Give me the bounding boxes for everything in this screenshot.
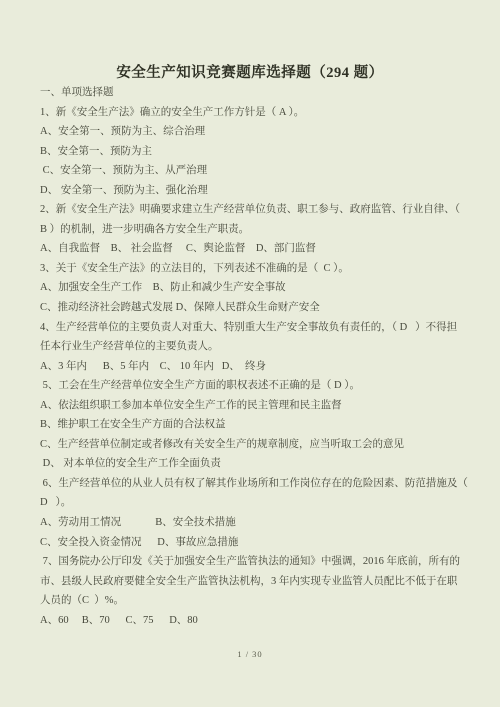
text-line: A、依法组织职工参加本单位安全生产工作的民主管理和民主监督: [40, 396, 472, 416]
text-line: D、 安全第一、预防为主、强化治理: [40, 181, 472, 201]
text-line: 任本行业生产经营单位的主要负责人。: [40, 337, 472, 357]
text-line: 7、国务院办公厅印发《关于加强安全生产监管执法的通知》中强调，2016 年底前，…: [40, 552, 472, 572]
text-line: B ）的机制，进一步明确各方安全生产职责。: [40, 220, 472, 240]
text-line: 1、新《安全生产法》确立的安全生产工作方针是（ A ）。: [40, 103, 472, 123]
text-line: A、3 年内 B、5 年内 C、 10 年内 D、 终身: [40, 357, 472, 377]
text-line: 市、县级人民政府要健全安全生产监管执法机构，3 年内实现专业监管人员配比不低于在…: [40, 572, 472, 592]
text-line: 5、工会在生产经营单位安全生产方面的职权表述不正确的是（ D ）。: [40, 376, 472, 396]
text-line: C、推动经济社会跨越式发展 D、保障人民群众生命财产安全: [40, 298, 472, 318]
text-line: 2、新《安全生产法》明确要求建立生产经营单位负责、职工参与、政府监管、行业自律、…: [40, 200, 472, 220]
text-line: 4、生产经营单位的主要负责人对重大、特别重大生产安全事故负有责任的，（ D ）不…: [40, 318, 472, 338]
text-line: A、60 B、70 C、75 D、80: [40, 611, 472, 631]
text-line: B、维护职工在安全生产方面的合法权益: [40, 415, 472, 435]
document-body: 一、单项选择题1、新《安全生产法》确立的安全生产工作方针是（ A ）。A、安全第…: [40, 83, 472, 630]
text-line: 人员的（C ）%。: [40, 591, 472, 611]
text-line: A、劳动用工情况 B、安全技术措施: [40, 513, 472, 533]
text-line: C、生产经营单位制定或者修改有关安全生产的规章制度，应当听取工会的意见: [40, 435, 472, 455]
text-line: A、安全第一、预防为主、综合治理: [40, 122, 472, 142]
text-line: C、安全投入资金情况 D、事故应急措施: [40, 533, 472, 553]
text-line: A、自我监督 B、 社会监督 C、舆论监督 D、部门监督: [40, 239, 472, 259]
text-line: D ）。: [40, 493, 472, 513]
document-title: 安全生产知识竞赛题库选择题（294 题）: [0, 61, 500, 82]
text-line: 3、关于《安全生产法》的立法目的，下列表述不准确的是（ C ）。: [40, 259, 472, 279]
text-line: C、安全第一、预防为主、从严治理: [40, 161, 472, 181]
text-line: 一、单项选择题: [40, 83, 472, 103]
document-page: 安全生产知识竞赛题库选择题（294 题） 一、单项选择题1、新《安全生产法》确立…: [0, 0, 500, 707]
text-line: D、 对本单位的安全生产工作全面负责: [40, 454, 472, 474]
text-line: 6、生产经营单位的从业人员有权了解其作业场所和工作岗位存在的危险因素、防范措施及…: [40, 474, 472, 494]
text-line: A、加强安全生产工作 B、防止和减少生产安全事故: [40, 278, 472, 298]
page-number: 1 / 30: [0, 649, 500, 659]
text-line: B、安全第一、预防为主: [40, 142, 472, 162]
